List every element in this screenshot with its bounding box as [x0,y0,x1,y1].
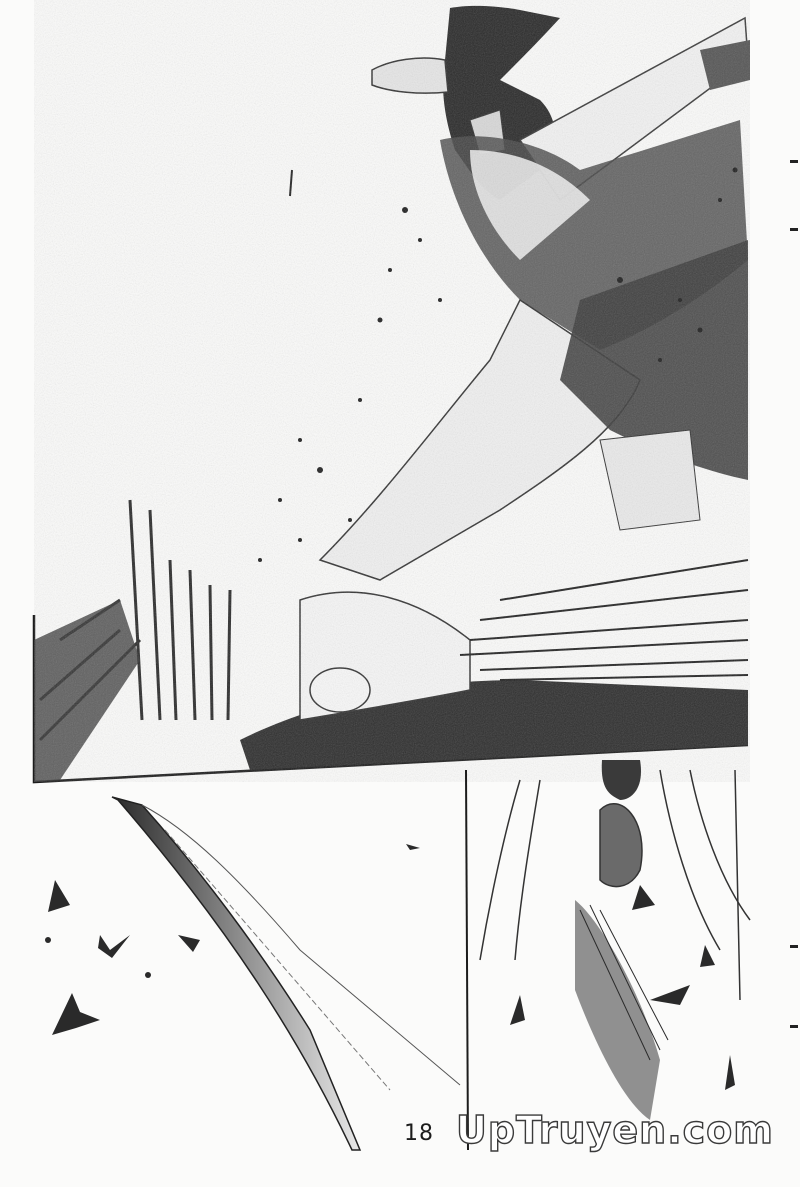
trim-mark [790,945,798,948]
panel-bottom-left [45,797,460,1150]
manga-page: 18 UpTruyen.com [0,0,800,1187]
trim-mark [790,160,798,163]
panel-bottom-right [466,760,750,1150]
trim-mark [790,1025,798,1028]
page-number: 18 [404,1121,434,1146]
panel-top [34,0,750,782]
manga-artwork [0,0,800,1187]
trim-mark [790,228,798,231]
watermark: UpTruyen.com [456,1108,774,1152]
